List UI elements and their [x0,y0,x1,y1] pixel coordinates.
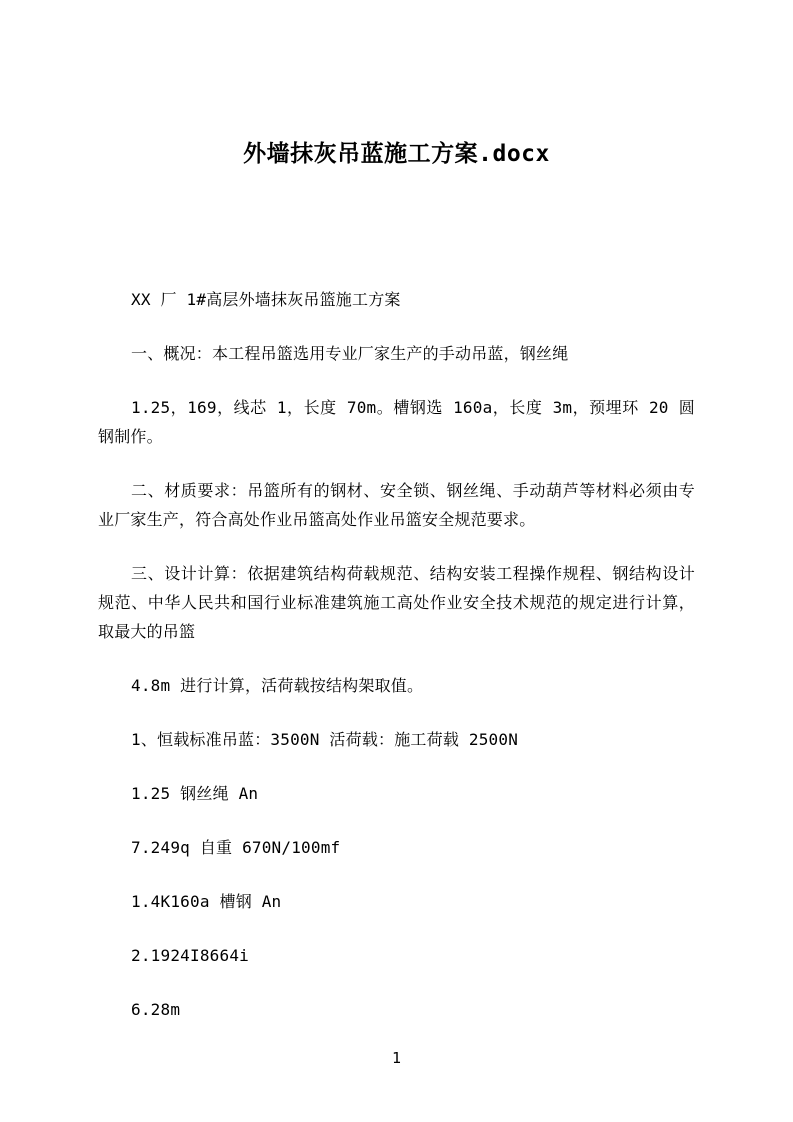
paragraph-channel-steel-an: 1.4K160a 槽钢 An [98,887,695,916]
paragraph-wire-rope-spec: 1.25，169，线芯 1，长度 70m。槽钢选 160a，长度 3m，预埋环 … [98,393,695,451]
paragraph-load-values: 1、恒载标准吊蓝：3500N 活荷载：施工荷载 2500N [98,725,695,754]
paragraph-project-heading: XX 厂 1#高层外墙抹灰吊篮施工方案 [98,285,695,314]
paragraph-design-calculation: 三、设计计算：依据建筑结构荷载规范、结构安装工程操作规程、钢结构设计规范、中华人… [98,559,695,646]
paragraph-self-weight: 7.249q 自重 670N/100mf [98,833,695,862]
paragraph-overview: 一、概况：本工程吊篮选用专业厂家生产的手动吊蓝，钢丝绳 [98,339,695,368]
paragraph-length-value: 6.28m [98,995,695,1024]
page-number: 1 [0,1048,793,1068]
document-title: 外墙抹灰吊蓝施工方案.docx [98,139,695,169]
paragraph-material-requirements: 二、材质要求：吊篮所有的钢材、安全锁、钢丝绳、手动葫芦等材料必须由专业厂家生产，… [98,476,695,534]
paragraph-calc-value: 2.1924I8664i [98,941,695,970]
document-page: 外墙抹灰吊蓝施工方案.docx XX 厂 1#高层外墙抹灰吊篮施工方案 一、概况… [0,0,793,1122]
paragraph-calculation-basis: 4.8m 进行计算，活荷载按结构架取值。 [98,671,695,700]
paragraph-wire-rope-an: 1.25 钢丝绳 An [98,779,695,808]
